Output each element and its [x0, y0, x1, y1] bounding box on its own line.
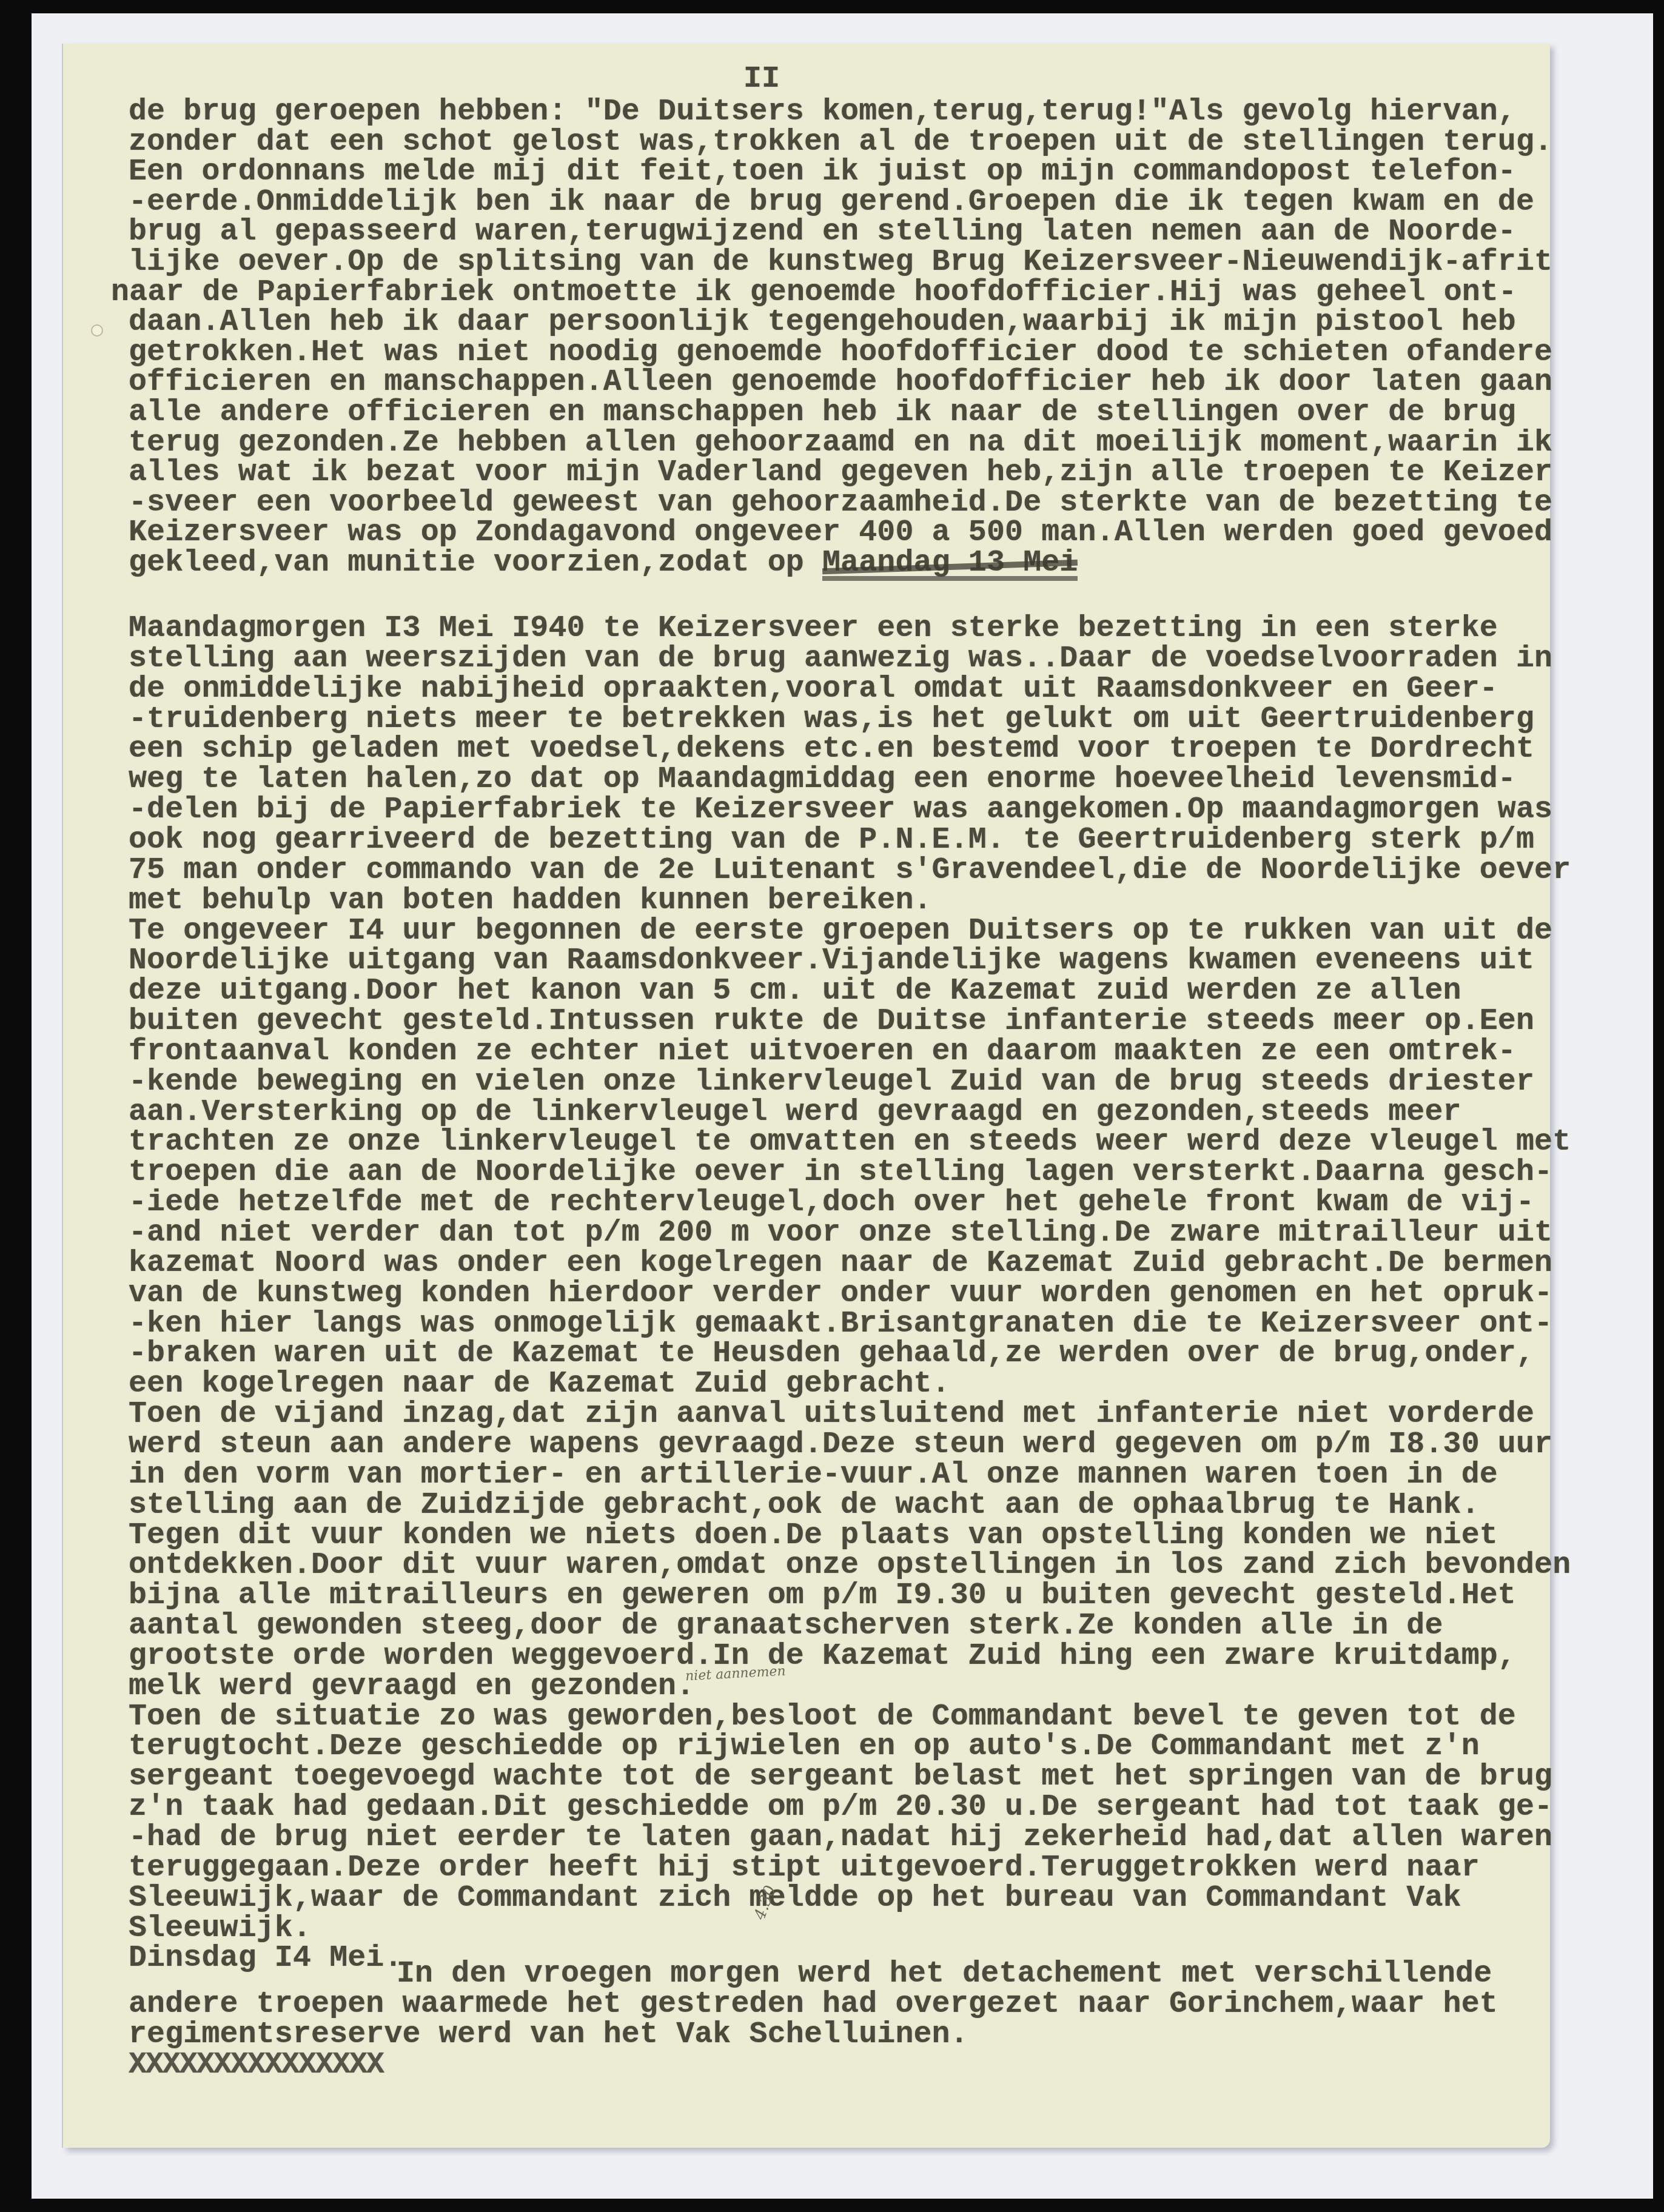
text-line: alle andere officieren en manschappen he…	[129, 398, 1516, 428]
text-line: deze uitgang.Door het kanon van 5 cm. ui…	[129, 976, 1461, 1007]
text-line: terugtocht.Deze geschiedde op rijwielen …	[129, 1732, 1480, 1762]
crossed-out-line: XXXXXXXXXXXXXXX	[129, 2050, 383, 2080]
text-line: ontdekken.Door dit vuur waren,omdat onze…	[129, 1550, 1571, 1581]
text-line: Tegen dit vuur konden we niets doen.De p…	[129, 1521, 1498, 1551]
text-line: z'n taak had gedaan.Dit geschiedde om p/…	[129, 1792, 1552, 1823]
text-line: ook nog gearriveerd de bezetting van de …	[129, 825, 1534, 856]
text-line: In den vroegen morgen werd het detacheme…	[397, 1959, 1492, 1989]
date-heading: Dinsdag I4 Mei.	[129, 1943, 403, 1974]
text-line: Toen de vijand inzag,dat zijn aanval uit…	[129, 1399, 1534, 1430]
text-line: -truidenberg niets meer te betrekken was…	[129, 705, 1534, 735]
text-line: Te ongeveer I4 uur begonnen de eerste gr…	[129, 916, 1552, 947]
text-line: sergeant toegevoegd wachte tot de sergea…	[129, 1762, 1552, 1792]
text-line: frontaanval konden ze echter niet uitvoe…	[129, 1037, 1516, 1067]
text-line: naar de Papierfabriek ontmoette ik genoe…	[111, 278, 1517, 308]
text-line: een schip geladen met voedsel,dekens etc…	[129, 734, 1534, 765]
text-line: met behulp van boten hadden kunnen berei…	[129, 886, 932, 916]
text-line: Toen de situatie zo was geworden,besloot…	[129, 1702, 1516, 1732]
text-line: Maandagmorgen I3 Mei I940 te Keizersveer…	[129, 614, 1498, 644]
text-line: officieren en manschappen.Alleen genoemd…	[129, 367, 1552, 398]
text-line: andere troepen waarmede het gestreden ha…	[129, 1989, 1498, 2020]
text-line: -and niet verder dan tot p/m 200 m voor …	[129, 1218, 1552, 1248]
text-line: een kogelregen naar de Kazemat Zuid gebr…	[129, 1369, 950, 1399]
text-line: -eerde.Onmiddelijk ben ik naar de brug g…	[129, 187, 1534, 218]
text-line: Sleeuwijk,waar de Commandant zich meldde…	[129, 1883, 1461, 1914]
text-line: alles wat ik bezat voor mijn Vaderland g…	[129, 458, 1552, 488]
text-line: lijke oever.Op de splitsing van de kunst…	[129, 247, 1552, 278]
text-line: zonder dat een schot gelost was,trokken …	[129, 127, 1552, 158]
text-line: brug al gepasseerd waren,terugwijzend en…	[129, 217, 1516, 247]
text-line: regimentsreserve werd van het Vak Schell…	[129, 2020, 968, 2050]
text-line: grootste orde worden weggevoerd.In de Ka…	[129, 1641, 1516, 1672]
text-line: -sveer een voorbeeld geweest van gehoorz…	[129, 488, 1552, 518]
text-line: werd steun aan andere wapens gevraagd.De…	[129, 1430, 1552, 1460]
text-line: stelling aan weerszijden van de brug aan…	[129, 644, 1552, 674]
text-line: aantal gewonden steeg,door de granaatsch…	[129, 1611, 1443, 1641]
text-line: Keizersveer was op Zondagavond ongeveer …	[129, 518, 1552, 548]
text-line: -had de brug niet eerder te laten gaan,n…	[129, 1823, 1552, 1853]
text-line: de brug geroepen hebben: "De Duitsers ko…	[129, 97, 1516, 127]
text-line: kazemat Noord was onder een kogelregen n…	[129, 1248, 1552, 1279]
text-line: getrokken.Het was niet noodig genoemde h…	[129, 338, 1552, 368]
text-line: Noordelijke uitgang van Raamsdonkveer.Vi…	[129, 946, 1534, 976]
text-line: terug gezonden.Ze hebben allen gehoorzaa…	[129, 428, 1552, 458]
text-line: troepen die aan de Noordelijke oever in …	[129, 1158, 1552, 1188]
text-line: gekleed,van munitie voorzien,zodat op Ma…	[129, 548, 1078, 578]
text-line: 75 man onder commando van de 2e Luitenan…	[129, 856, 1571, 886]
text-line: Een ordonnans melde mij dit feit,toen ik…	[129, 157, 1516, 187]
text-line: van de kunstweg konden hierdoor verder o…	[129, 1279, 1552, 1309]
text-line: weg te laten halen,zo dat op Maandagmidd…	[129, 765, 1516, 795]
text-line: bijna alle mitrailleurs en geweren om p/…	[129, 1581, 1516, 1611]
text-line: stelling aan de Zuidzijde gebracht,ook d…	[129, 1490, 1480, 1521]
text-line: aan.Versterking op de linkervleugel werd…	[129, 1098, 1461, 1128]
text-line: daan.Allen heb ik daar persoonlijk tegen…	[129, 307, 1516, 338]
paper-hole-mark	[91, 324, 103, 337]
text-line: -iede hetzelfde met de rechtervleugel,do…	[129, 1188, 1534, 1218]
page-number: II	[743, 64, 780, 95]
struck-out-text: Maandag 13 Mei	[822, 548, 1078, 578]
text-line: buiten gevecht gesteld.Intussen rukte de…	[129, 1007, 1534, 1037]
text-line: in den vorm van mortier- en artillerie-v…	[129, 1460, 1498, 1490]
text-line: teruggegaan.Deze order heeft hij stipt u…	[129, 1853, 1480, 1883]
text-line: Sleeuwijk.	[129, 1914, 311, 1944]
text-line: trachten ze onze linkervleugel te omvatt…	[129, 1127, 1571, 1158]
text-line: melk werd gevraagd en gezonden.	[129, 1672, 694, 1702]
text-line: -delen bij de Papierfabriek te Keizersve…	[129, 795, 1552, 825]
text-line: -ken hier langs was onmogelijk gemaakt.B…	[129, 1309, 1552, 1339]
text-fragment: gekleed,van munitie voorzien,zodat op	[129, 546, 822, 580]
text-line: -kende beweging en vielen onze linkervle…	[129, 1067, 1534, 1098]
text-line: de onmiddelijke nabijheid opraakten,voor…	[129, 674, 1498, 705]
text-line: -braken waren uit de Kazemat te Heusden …	[129, 1339, 1534, 1369]
